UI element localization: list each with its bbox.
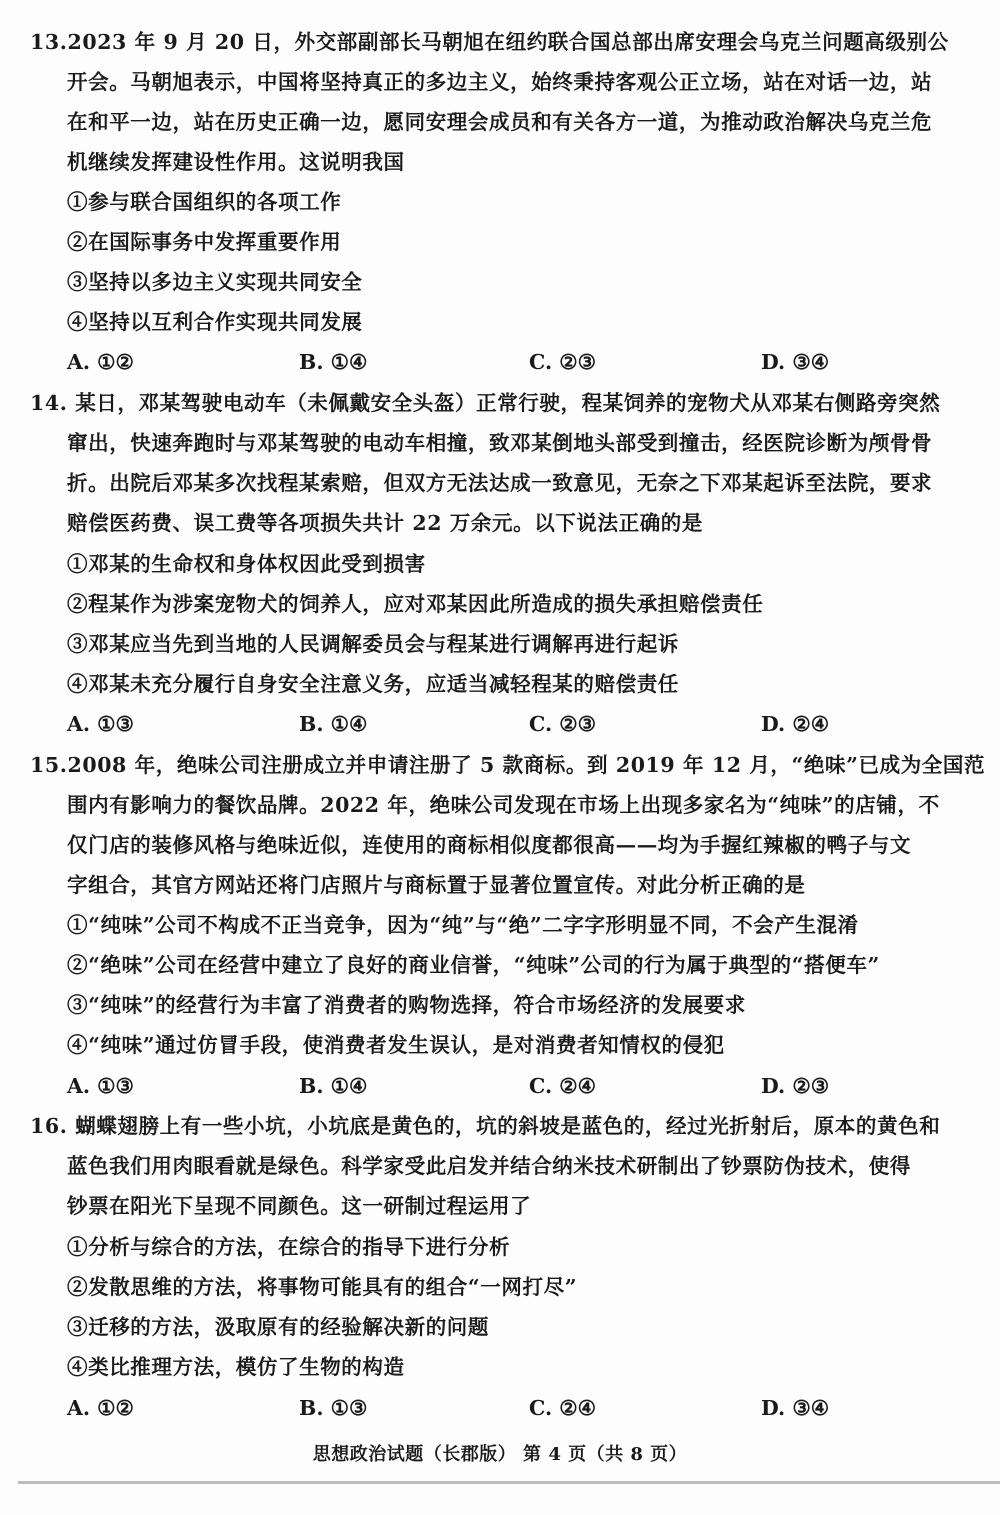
question-stem-line: 折。出院后邓某多次找程某索赔，但双方无法达成一致意见，无奈之下邓某起诉至法院，要… (67, 468, 932, 498)
statement-option: ①“纯味”公司不构成不正当竞争，因为“纯”与“绝”二字字形明显不同，不会产生混淆 (67, 910, 859, 940)
statement-option: ①分析与综合的方法，在综合的指导下进行分析 (67, 1232, 510, 1262)
choice-a: A. ①③ (67, 709, 134, 739)
choice-b: B. ①④ (299, 1071, 367, 1101)
choice-c: C. ②③ (529, 347, 596, 377)
question-stem-line: 蓝色我们用肉眼看就是绿色。科学家受此启发并结合纳米技术研制出了钞票防伪技术，使得 (67, 1151, 911, 1181)
statement-option: ②程某作为涉案宠物犬的饲养人，应对邓某因此所造成的损失承担赔偿责任 (67, 589, 763, 619)
page-bottom-rule (18, 1481, 1000, 1484)
choice-a: A. ①② (67, 347, 134, 377)
question-stem-line: 15.2008 年，绝味公司注册成立并申请注册了 5 款商标。到 2019 年 … (30, 750, 985, 780)
answer-choices: A. ①② B. ①④ C. ②③ D. ③④ (67, 347, 967, 377)
answer-choices: A. ①③ B. ①④ C. ②④ D. ②③ (67, 1071, 967, 1101)
question-stem-line: 14. 某日，邓某驾驶电动车（未佩戴安全头盔）正常行驶，程某饲养的宠物犬从邓某右… (30, 388, 940, 418)
question-stem-line: 窜出，快速奔跑时与邓某驾驶的电动车相撞，致邓某倒地头部受到撞击，经医院诊断为颅骨… (67, 428, 932, 458)
statement-option: ④类比推理方法，模仿了生物的构造 (67, 1352, 405, 1382)
question-stem-line: 仅门店的装修风格与绝味近似，连使用的商标相似度都很高——均为手握红辣椒的鸭子与文 (67, 830, 911, 860)
statement-option: ②在国际事务中发挥重要作用 (67, 227, 341, 257)
choice-d: D. ③④ (761, 347, 829, 377)
statement-option: ②“绝味”公司在经营中建立了良好的商业信誉，“纯味”公司的行为属于典型的“搭便车… (67, 950, 880, 980)
statement-option: ③“纯味”的经营行为丰富了消费者的购物选择，符合市场经济的发展要求 (67, 990, 746, 1020)
question-stem-line: 16. 蝴蝶翅膀上有一些小坑，小坑底是黄色的，坑的斜坡是蓝色的，经过光折射后，原… (30, 1111, 940, 1141)
statement-option: ④“纯味”通过仿冒手段，使消费者发生误认，是对消费者知情权的侵犯 (67, 1030, 725, 1060)
choice-c: C. ②③ (529, 709, 596, 739)
statement-option: ①邓某的生命权和身体权因此受到损害 (67, 549, 426, 579)
question-stem-line: 开会。马朝旭表示，中国将坚持真正的多边主义，始终秉持客观公正立场，站在对话一边，… (67, 67, 932, 97)
choice-d: D. ②③ (761, 1071, 829, 1101)
statement-option: ④邓某未充分履行自身安全注意义务，应适当减轻程某的赔偿责任 (67, 669, 679, 699)
statement-option: ①参与联合国组织的各项工作 (67, 187, 341, 217)
statement-option: ③迁移的方法，汲取原有的经验解决新的问题 (67, 1312, 489, 1342)
choice-a: A. ①③ (67, 1071, 134, 1101)
statement-option: ②发散思维的方法，将事物可能具有的组合“一网打尽” (67, 1272, 577, 1302)
question-stem-line: 字组合，其官方网站还将门店照片与商标置于显著位置宣传。对此分析正确的是 (67, 870, 806, 900)
statement-option: ③邓某应当先到当地的人民调解委员会与程某进行调解再进行起诉 (67, 629, 679, 659)
choice-c: C. ②④ (529, 1071, 596, 1101)
question-stem-line: 钞票在阳光下呈现不同颜色。这一研制过程运用了 (67, 1191, 531, 1221)
choice-d: D. ②④ (761, 709, 829, 739)
statement-option: ④坚持以互利合作实现共同发展 (67, 307, 362, 337)
question-stem-line: 在和平一边，站在历史正确一边，愿同安理会成员和有关各方一道，为推动政治解决乌克兰… (67, 107, 932, 137)
statement-option: ③坚持以多边主义实现共同安全 (67, 267, 362, 297)
question-stem-line: 13.2023 年 9 月 20 日，外交部副部长马朝旭在纽约联合国总部出席安理… (30, 27, 949, 57)
question-stem-line: 赔偿医药费、误工费等各项损失共计 22 万余元。以下说法正确的是 (67, 508, 703, 538)
answer-choices: A. ①② B. ①③ C. ②④ D. ③④ (67, 1393, 967, 1423)
choice-c: C. ②④ (529, 1393, 596, 1423)
choice-b: B. ①④ (299, 347, 367, 377)
choice-d: D. ③④ (761, 1393, 829, 1423)
choice-b: B. ①③ (299, 1393, 367, 1423)
exam-page: 13.2023 年 9 月 20 日，外交部副部长马朝旭在纽约联合国总部出席安理… (0, 0, 1000, 1515)
choice-a: A. ①② (67, 1393, 134, 1423)
question-stem-line: 围内有影响力的餐饮品牌。2022 年，绝味公司发现在市场上出现多家名为“纯味”的… (67, 790, 940, 820)
page-footer: 思想政治试题（长郡版） 第 4 页（共 8 页） (0, 1440, 1000, 1466)
question-stem-line: 机继续发挥建设性作用。这说明我国 (67, 147, 405, 177)
answer-choices: A. ①③ B. ①④ C. ②③ D. ②④ (67, 709, 967, 739)
choice-b: B. ①④ (299, 709, 367, 739)
